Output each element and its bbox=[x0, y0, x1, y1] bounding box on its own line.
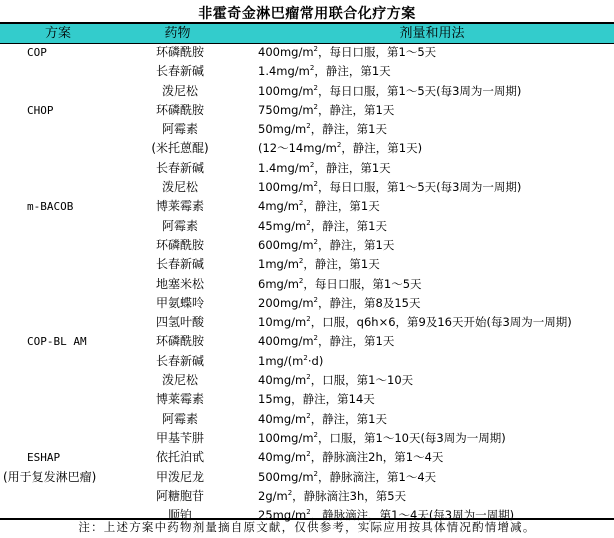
dose-text: 100mg/m bbox=[258, 180, 314, 194]
drug-cell: 长春新碱 bbox=[130, 62, 230, 81]
column-header-drug: 药物 bbox=[140, 25, 215, 43]
dose-text-suffix: ，口服，q6h×6，第9及16天开始(每3周为一周期) bbox=[311, 315, 572, 329]
dose-text-suffix: ，静注，第1天 bbox=[314, 161, 390, 175]
dose-text: 500mg/m bbox=[258, 470, 314, 484]
regimen-cell: COP bbox=[27, 43, 47, 62]
dose-cell: 40mg/m2，口服，第1～10天 bbox=[258, 371, 413, 390]
dose-text-suffix: ，静注，第1天 bbox=[318, 334, 394, 348]
dose-text: 1.4mg/m bbox=[258, 161, 310, 175]
dose-text: 400mg/m bbox=[258, 45, 314, 59]
dose-text-suffix: ，静脉滴注2h，第1～4天 bbox=[311, 450, 444, 464]
table-row: 阿霉素40mg/m2，静注，第1天 bbox=[0, 410, 614, 429]
dose-text: 2g/m bbox=[258, 489, 288, 503]
table-row: 地塞米松6mg/m2，每日口服，第1～5天 bbox=[0, 275, 614, 294]
dose-cell: 40mg/m2，静注，第1天 bbox=[258, 410, 387, 429]
dose-text-suffix: ，每日口服，第1～5天(每3周为一周期) bbox=[318, 84, 521, 98]
table-row: m-BACOB博莱霉素4mg/m2，静注，第1天 bbox=[0, 197, 614, 216]
table-row: 阿霉素45mg/m2，静注，第1天 bbox=[0, 217, 614, 236]
dose-cell: 4mg/m2，静注，第1天 bbox=[258, 197, 380, 216]
dose-text-suffix: ，每日口服，第1～5天(每3周为一周期) bbox=[318, 180, 521, 194]
dose-cell: 600mg/m2，静注，第1天 bbox=[258, 236, 394, 255]
dose-text-suffix: ，每日口服，第1～5天 bbox=[303, 277, 421, 291]
table-row: (用于复发淋巴瘤)甲泼尼龙500mg/m2，静脉滴注，第1～4天 bbox=[0, 468, 614, 487]
table-row: ESHAP依托泊甙40mg/m2，静脉滴注2h，第1～4天 bbox=[0, 448, 614, 467]
dose-text: 10mg/m bbox=[258, 315, 306, 329]
column-header-regimen: 方案 bbox=[28, 25, 88, 43]
drug-cell: 长春新碱 bbox=[130, 352, 230, 371]
drug-cell: 依托泊甙 bbox=[130, 448, 230, 467]
dose-text: 15mg，静注，第14天 bbox=[258, 392, 375, 406]
dose-text-suffix: ，静注，第1天) bbox=[341, 141, 422, 155]
dose-text: (12～14mg/m bbox=[258, 141, 337, 155]
dose-text: 50mg/m bbox=[258, 122, 306, 136]
regimen-cell: ESHAP bbox=[27, 448, 60, 467]
dose-cell: 100mg/m2，口服，第1～10天(每3周为一周期) bbox=[258, 429, 506, 448]
table-row: 博莱霉素15mg，静注，第14天 bbox=[0, 390, 614, 409]
table-body: COP环磷酰胺400mg/m2，每日口服，第1～5天长春新碱1.4mg/m2，静… bbox=[0, 43, 614, 525]
dose-cell: 400mg/m2，静注，第1天 bbox=[258, 332, 394, 351]
regimen-cell: (用于复发淋巴瘤) bbox=[3, 468, 96, 487]
drug-cell: 环磷酰胺 bbox=[130, 101, 230, 120]
dose-text: 1.4mg/m bbox=[258, 64, 310, 78]
dose-text: 600mg/m bbox=[258, 238, 314, 252]
dose-text-suffix: ，口服，第1～10天(每3周为一周期) bbox=[318, 431, 506, 445]
table-row: 泼尼松40mg/m2，口服，第1～10天 bbox=[0, 371, 614, 390]
dose-cell: 40mg/m2，静脉滴注2h，第1～4天 bbox=[258, 448, 443, 467]
drug-cell: (米托蒽醌) bbox=[130, 139, 230, 158]
regimen-cell: CHOP bbox=[27, 101, 54, 120]
dose-text: 40mg/m bbox=[258, 373, 306, 387]
dose-text-suffix: ，静注，第1天 bbox=[311, 219, 387, 233]
table-footnote: 注：上述方案中药物剂量摘自原文献，仅供参考，实际应用按具体情况酌情增减。 bbox=[0, 519, 614, 536]
dose-cell: 750mg/m2，静注，第1天 bbox=[258, 101, 394, 120]
dose-cell: 1mg/(m2·d) bbox=[258, 352, 323, 371]
table-row: 甲氨蝶呤200mg/m2，静注，第8及15天 bbox=[0, 294, 614, 313]
dose-text: 45mg/m bbox=[258, 219, 306, 233]
drug-cell: 环磷酰胺 bbox=[130, 43, 230, 62]
drug-cell: 阿糖胞苷 bbox=[130, 487, 230, 506]
dose-cell: 50mg/m2，静注，第1天 bbox=[258, 120, 387, 139]
dose-text-suffix: ，静注，第1天 bbox=[318, 238, 394, 252]
table-row: 长春新碱1.4mg/m2，静注，第1天 bbox=[0, 159, 614, 178]
dose-text: 200mg/m bbox=[258, 296, 314, 310]
dose-text-suffix: ，静注，第1天 bbox=[318, 103, 394, 117]
drug-cell: 阿霉素 bbox=[130, 120, 230, 139]
dose-cell: 6mg/m2，每日口服，第1～5天 bbox=[258, 275, 422, 294]
dose-text: 100mg/m bbox=[258, 431, 314, 445]
table-title: 非霍奇金淋巴瘤常用联合化疗方案 bbox=[0, 3, 614, 23]
dose-cell: 200mg/m2，静注，第8及15天 bbox=[258, 294, 420, 313]
dose-cell: 1mg/m2，静注，第1天 bbox=[258, 255, 380, 274]
table-row: 长春新碱1mg/m2，静注，第1天 bbox=[0, 255, 614, 274]
dose-text-suffix: ，每日口服，第1～5天 bbox=[318, 45, 436, 59]
dose-text: 40mg/m bbox=[258, 412, 306, 426]
drug-cell: 地塞米松 bbox=[130, 275, 230, 294]
table-row: 阿糖胞苷2g/m2，静脉滴注3h，第5天 bbox=[0, 487, 614, 506]
table-row: 环磷酰胺600mg/m2，静注，第1天 bbox=[0, 236, 614, 255]
drug-cell: 泼尼松 bbox=[130, 371, 230, 390]
dose-text-suffix: ·d) bbox=[308, 354, 323, 368]
table-row: 阿霉素50mg/m2，静注，第1天 bbox=[0, 120, 614, 139]
dose-cell: 500mg/m2，静脉滴注，第1～4天 bbox=[258, 468, 436, 487]
table-row: 长春新碱1mg/(m2·d) bbox=[0, 352, 614, 371]
dose-text-suffix: ，静注，第1天 bbox=[314, 64, 390, 78]
table-row: 甲基苄肼100mg/m2，口服，第1～10天(每3周为一周期) bbox=[0, 429, 614, 448]
dose-cell: 400mg/m2，每日口服，第1～5天 bbox=[258, 43, 436, 62]
drug-cell: 甲泼尼龙 bbox=[130, 468, 230, 487]
dose-text: 100mg/m bbox=[258, 84, 314, 98]
drug-cell: 泼尼松 bbox=[130, 82, 230, 101]
dose-text-suffix: ，静注，第1天 bbox=[303, 199, 379, 213]
column-header-dose: 剂量和用法 bbox=[250, 25, 614, 43]
drug-cell: 博莱霉素 bbox=[130, 390, 230, 409]
regimen-cell: COP-BL AM bbox=[27, 332, 87, 351]
table-header: 方案 药物 剂量和用法 bbox=[0, 22, 614, 44]
dose-cell: 100mg/m2，每日口服，第1～5天(每3周为一周期) bbox=[258, 178, 521, 197]
dose-text-suffix: ，静注，第1天 bbox=[311, 122, 387, 136]
dose-text: 40mg/m bbox=[258, 450, 306, 464]
drug-cell: 环磷酰胺 bbox=[130, 236, 230, 255]
drug-cell: 甲基苄肼 bbox=[130, 429, 230, 448]
dose-cell: 10mg/m2，口服，q6h×6，第9及16天开始(每3周为一周期) bbox=[258, 313, 572, 332]
dose-text: 1mg/(m bbox=[258, 354, 303, 368]
table-row: (米托蒽醌)(12～14mg/m2，静注，第1天) bbox=[0, 139, 614, 158]
dose-cell: 1.4mg/m2，静注，第1天 bbox=[258, 159, 391, 178]
drug-cell: 阿霉素 bbox=[130, 217, 230, 236]
dose-text: 750mg/m bbox=[258, 103, 314, 117]
dose-text-suffix: ，静注，第1天 bbox=[311, 412, 387, 426]
dose-cell: (12～14mg/m2，静注，第1天) bbox=[258, 139, 422, 158]
drug-cell: 博莱霉素 bbox=[130, 197, 230, 216]
dose-cell: 15mg，静注，第14天 bbox=[258, 390, 375, 409]
drug-cell: 甲氨蝶呤 bbox=[130, 294, 230, 313]
dose-text: 1mg/m bbox=[258, 257, 299, 271]
dose-text: 6mg/m bbox=[258, 277, 299, 291]
drug-cell: 环磷酰胺 bbox=[130, 332, 230, 351]
table-row: 泼尼松100mg/m2，每日口服，第1～5天(每3周为一周期) bbox=[0, 178, 614, 197]
drug-cell: 四氢叶酸 bbox=[130, 313, 230, 332]
dose-cell: 1.4mg/m2，静注，第1天 bbox=[258, 62, 391, 81]
dose-text: 4mg/m bbox=[258, 199, 299, 213]
dose-text-suffix: ，静脉滴注3h，第5天 bbox=[292, 489, 406, 503]
dose-text-suffix: ，静注，第1天 bbox=[303, 257, 379, 271]
dose-text-suffix: ，静脉滴注，第1～4天 bbox=[318, 470, 436, 484]
dose-cell: 2g/m2，静脉滴注3h，第5天 bbox=[258, 487, 406, 506]
drug-cell: 长春新碱 bbox=[130, 159, 230, 178]
table-row: 泼尼松100mg/m2，每日口服，第1～5天(每3周为一周期) bbox=[0, 82, 614, 101]
drug-cell: 阿霉素 bbox=[130, 410, 230, 429]
table-row: 长春新碱1.4mg/m2，静注，第1天 bbox=[0, 62, 614, 81]
table-row: CHOP环磷酰胺750mg/m2，静注，第1天 bbox=[0, 101, 614, 120]
table-row: 四氢叶酸10mg/m2，口服，q6h×6，第9及16天开始(每3周为一周期) bbox=[0, 313, 614, 332]
regimen-cell: m-BACOB bbox=[27, 197, 73, 216]
dose-text-suffix: ，口服，第1～10天 bbox=[311, 373, 413, 387]
dose-text: 400mg/m bbox=[258, 334, 314, 348]
table-row: COP环磷酰胺400mg/m2，每日口服，第1～5天 bbox=[0, 43, 614, 62]
dose-cell: 100mg/m2，每日口服，第1～5天(每3周为一周期) bbox=[258, 82, 521, 101]
drug-cell: 泼尼松 bbox=[130, 178, 230, 197]
dose-cell: 45mg/m2，静注，第1天 bbox=[258, 217, 387, 236]
table-row: COP-BL AM环磷酰胺400mg/m2，静注，第1天 bbox=[0, 332, 614, 351]
drug-cell: 长春新碱 bbox=[130, 255, 230, 274]
dose-text-suffix: ，静注，第8及15天 bbox=[318, 296, 420, 310]
